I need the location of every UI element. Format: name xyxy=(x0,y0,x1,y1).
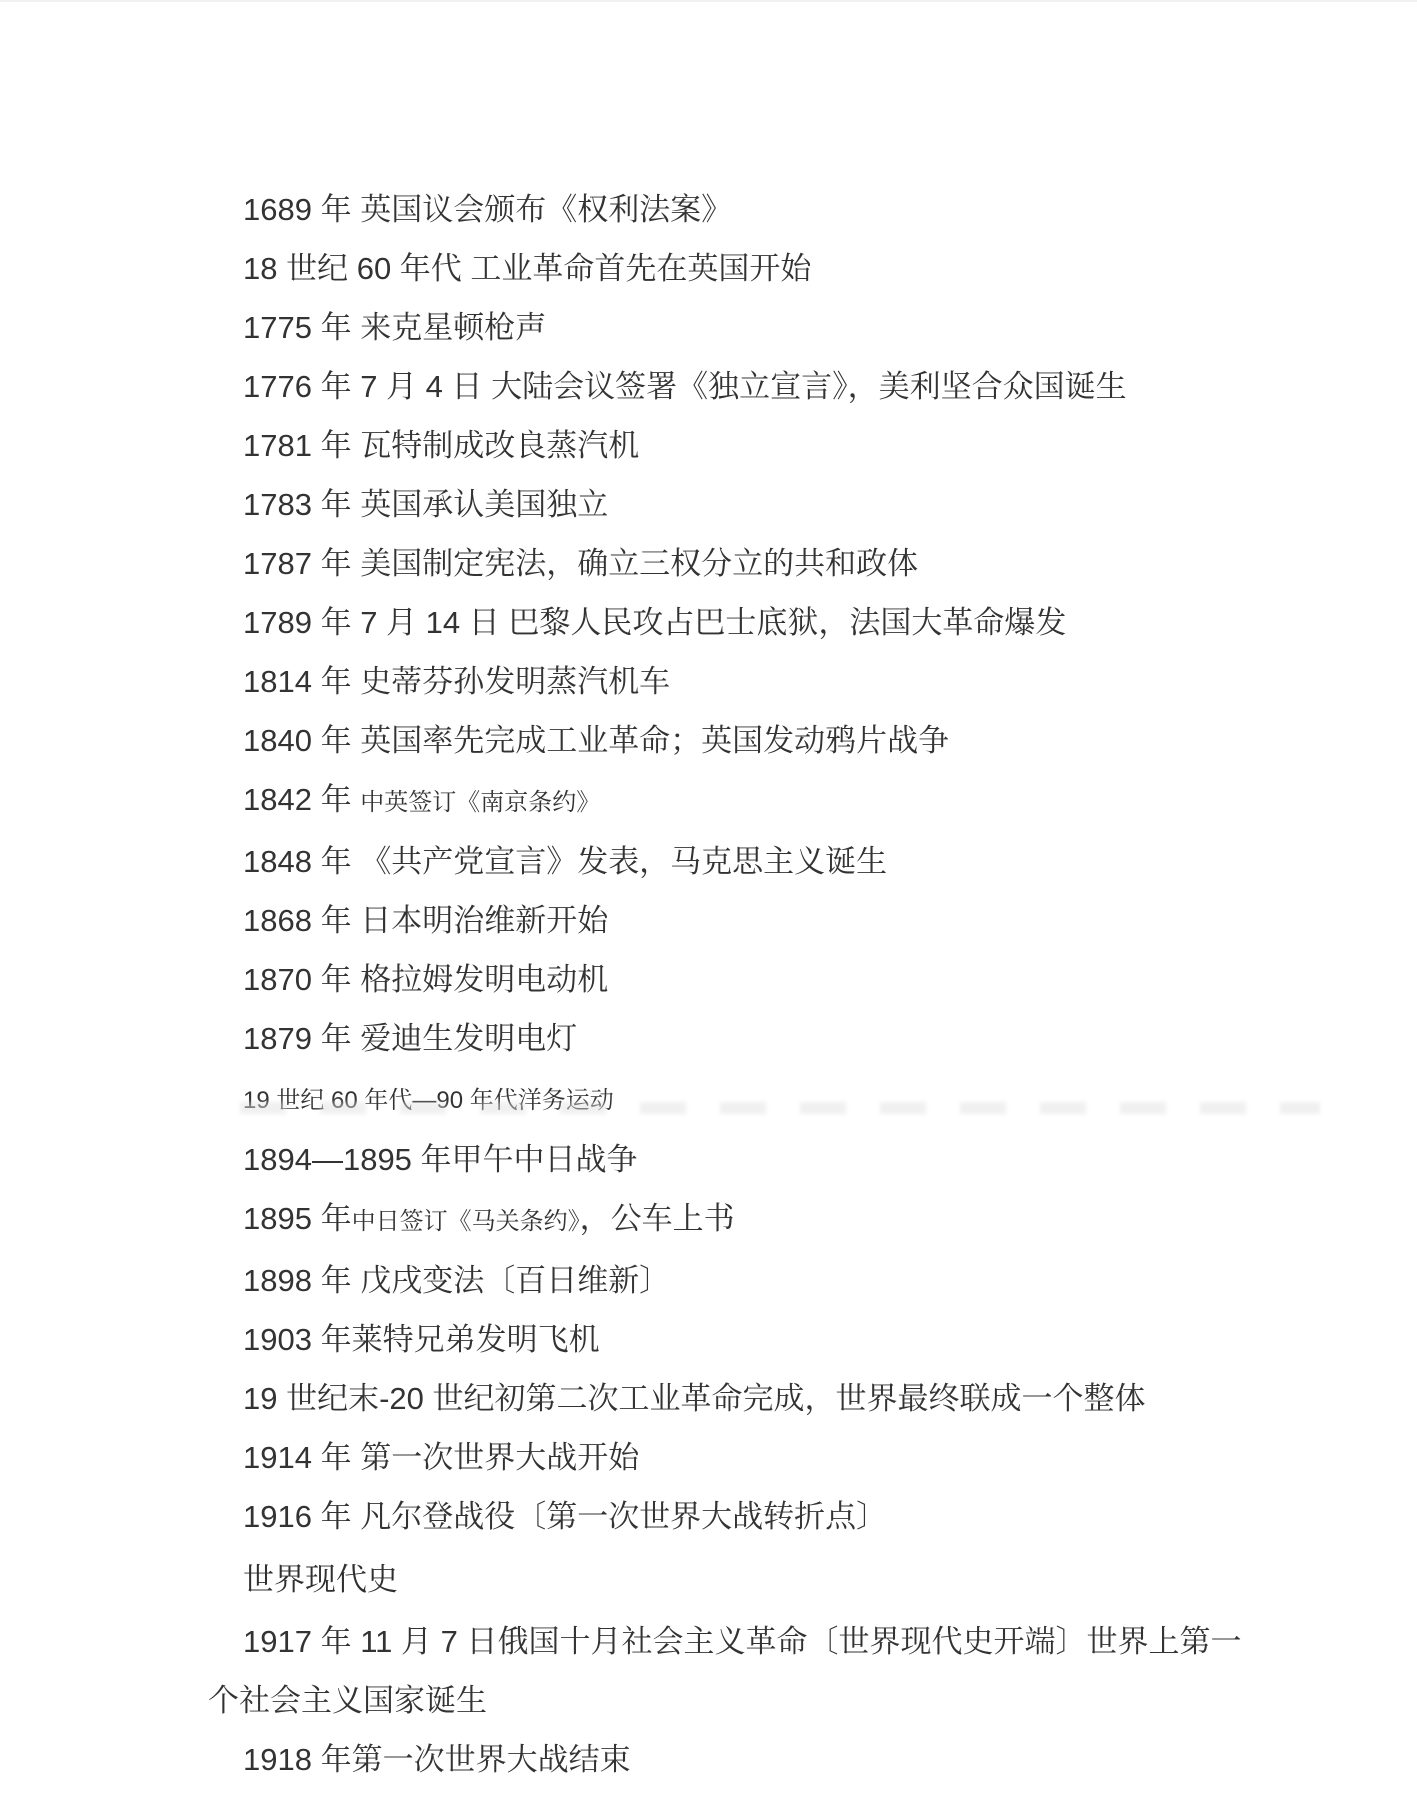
entry-text-segment: 1814 年 史蒂芬孙发明蒸汽机车 xyxy=(243,664,670,699)
timeline-entry: 1814 年 史蒂芬孙发明蒸汽机车 xyxy=(208,652,1277,711)
entry-text-segment: 1916 年 凡尔登战役〔第一次世界大战转折点〕 xyxy=(243,1499,887,1534)
entry-text-segment: 中英签订《南京条约》 xyxy=(360,789,600,816)
entry-text-segment: 个社会主义国家诞生 xyxy=(208,1683,487,1718)
timeline-entry: 1783 年 英国承认美国独立 xyxy=(208,475,1277,534)
entry-text-segment: 1781 年 瓦特制成改良蒸汽机 xyxy=(243,428,639,463)
entry-text-segment: 1879 年 爱迪生发明电灯 xyxy=(243,1021,577,1056)
timeline-entry: 1917 年 11 月 7 日俄国十月社会主义革命〔世界现代史开端〕世界上第一个… xyxy=(208,1612,1277,1730)
entry-text-segment: 1789 年 7 月 14 日 巴黎人民攻占巴士底狱，法国大革命爆发 xyxy=(243,605,1066,640)
section-heading-text: 世界现代史 xyxy=(243,1562,398,1597)
entry-text-segment: 1689 年 英国议会颁布《权利法案》 xyxy=(243,192,732,227)
timeline-entry: 1775 年 来克星顿枪声 xyxy=(208,298,1277,357)
timeline-entry: 19 世纪末-20 世纪初第二次工业革命完成，世界最终联成一个整体 xyxy=(208,1369,1277,1428)
timeline-entry: 1776 年 7 月 4 日 大陆会议签署《独立宣言》，美利坚合众国诞生 xyxy=(208,357,1277,416)
entry-text-segment: 1870 年 格拉姆发明电动机 xyxy=(243,962,608,997)
timeline-entry: 1903 年莱特兄弟发明飞机 xyxy=(208,1310,1277,1369)
timeline-entry: 1789 年 7 月 14 日 巴黎人民攻占巴士底狱，法国大革命爆发 xyxy=(208,593,1277,652)
entry-text-segment: 1840 年 英国率先完成工业革命；英国发动鸦片战争 xyxy=(243,723,949,758)
entry-text-segment: 1868 年 日本明治维新开始 xyxy=(243,903,608,938)
entry-text-segment: 1776 年 7 月 4 日 大陆会议签署《独立宣言》，美利坚合众国诞生 xyxy=(243,369,1127,404)
timeline-entry: 1879 年 爱迪生发明电灯 xyxy=(208,1009,1277,1068)
entry-text-segment: 1848 年 《共产党宣言》发表，马克思主义诞生 xyxy=(243,844,887,879)
timeline-entry: 1870 年 格拉姆发明电动机 xyxy=(208,950,1277,1009)
history-timeline: 1689 年 英国议会颁布《权利法案》18 世纪 60 年代 工业革命首先在英国… xyxy=(0,2,1417,1789)
timeline-entry: 1787 年 美国制定宪法，确立三权分立的共和政体 xyxy=(208,534,1277,593)
entry-text-segment: 1783 年 英国承认美国独立 xyxy=(243,487,608,522)
entry-text-segment: 18 世纪 60 年代 工业革命首先在英国开始 xyxy=(243,251,811,286)
timeline-entry: 18 世纪 60 年代 工业革命首先在英国开始 xyxy=(208,239,1277,298)
timeline-entry: 1781 年 瓦特制成改良蒸汽机 xyxy=(208,416,1277,475)
timeline-entry: 1914 年 第一次世界大战开始 xyxy=(208,1428,1277,1487)
entry-text-segment: 1914 年 第一次世界大战开始 xyxy=(243,1440,639,1475)
entry-text-segment: 1917 年 11 月 7 日俄国十月社会主义革命〔世界现代史开端〕世界上第一 xyxy=(243,1624,1241,1659)
timeline-entry: 1840 年 英国率先完成工业革命；英国发动鸦片战争 xyxy=(208,711,1277,770)
timeline-entry: 1918 年第一次世界大战结束 xyxy=(208,1730,1277,1789)
timeline-entry: 1898 年 戊戌变法〔百日维新〕 xyxy=(208,1251,1277,1310)
entry-text-segment: 1918 年第一次世界大战结束 xyxy=(243,1742,631,1777)
entry-text-segment: 1775 年 来克星顿枪声 xyxy=(243,310,546,345)
entry-text-segment: 1898 年 戊戌变法〔百日维新〕 xyxy=(243,1263,670,1298)
entry-text-segment: 19 世纪 60 年代—90 年代洋务运动 xyxy=(243,1087,614,1114)
section-heading: 世界现代史 xyxy=(208,1546,1277,1612)
entry-text-segment: 1842 年 xyxy=(243,782,360,817)
entry-text-segment: 中日签订《马关条约》 xyxy=(352,1208,580,1235)
timeline-entry: 1848 年 《共产党宣言》发表，马克思主义诞生 xyxy=(208,832,1277,891)
timeline-entry: 1689 年 英国议会颁布《权利法案》 xyxy=(208,180,1277,239)
entry-text-segment: ，公车上书 xyxy=(580,1201,735,1236)
entry-text-segment: 1894—1895 年甲午中日战争 xyxy=(243,1142,638,1177)
entry-text-segment: 1895 年 xyxy=(243,1201,352,1236)
timeline-entry: 1916 年 凡尔登战役〔第一次世界大战转折点〕 xyxy=(208,1487,1277,1546)
entry-text-segment: 1903 年莱特兄弟发明飞机 xyxy=(243,1322,600,1357)
entry-text-segment: 1787 年 美国制定宪法，确立三权分立的共和政体 xyxy=(243,546,918,581)
entry-text-segment: 19 世纪末-20 世纪初第二次工业革命完成，世界最终联成一个整体 xyxy=(243,1381,1146,1416)
timeline-entry: 1895 年中日签订《马关条约》，公车上书 xyxy=(208,1189,1277,1251)
timeline-entry: 1842 年 中英签订《南京条约》 xyxy=(208,770,1277,832)
timeline-entry: 1868 年 日本明治维新开始 xyxy=(208,891,1277,950)
timeline-entry: 19 世纪 60 年代—90 年代洋务运动 xyxy=(208,1068,1277,1130)
document-page: 1689 年 英国议会颁布《权利法案》18 世纪 60 年代 工业革命首先在英国… xyxy=(0,0,1417,1799)
timeline-entry: 1894—1895 年甲午中日战争 xyxy=(208,1130,1277,1189)
